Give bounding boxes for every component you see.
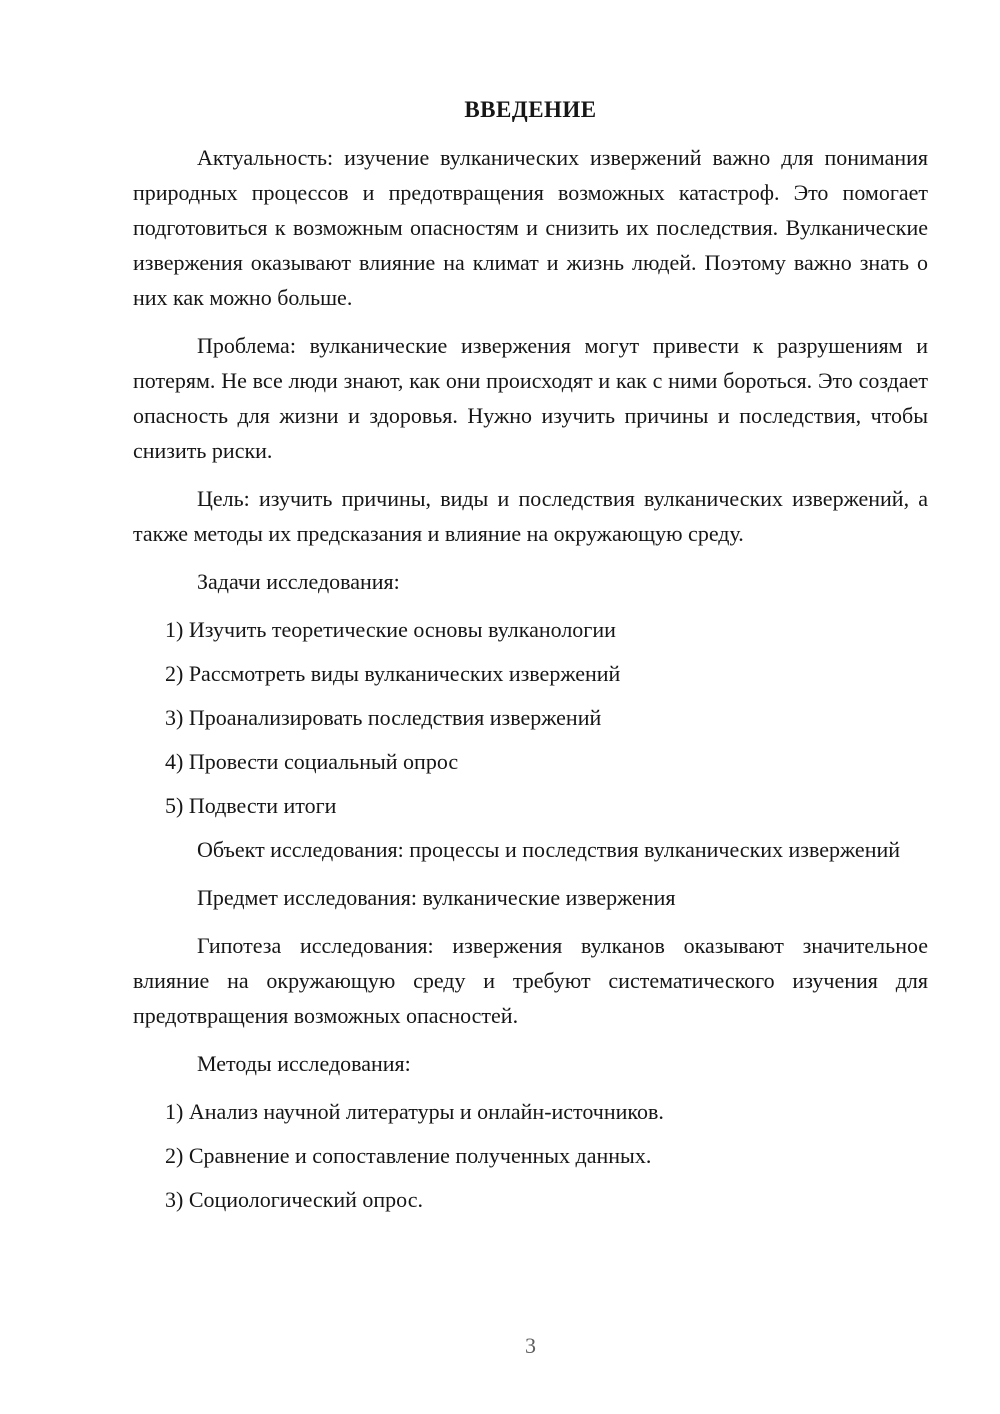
paragraph-subject: Предмет исследования: вулканические изве… bbox=[133, 880, 928, 915]
tasks-heading: Задачи исследования: bbox=[133, 564, 928, 599]
paragraph-problem: Проблема: вулканические извержения могут… bbox=[133, 328, 928, 468]
method-item-3: 3) Социологический опрос. bbox=[133, 1182, 928, 1217]
paragraph-object: Объект исследования: процессы и последст… bbox=[133, 832, 928, 867]
paragraph-goal: Цель: изучить причины, виды и последстви… bbox=[133, 481, 928, 551]
method-item-1: 1) Анализ научной литературы и онлайн-ис… bbox=[133, 1094, 928, 1129]
task-item-1: 1) Изучить теоретические основы вулканол… bbox=[133, 612, 928, 647]
page-number: 3 bbox=[133, 1328, 928, 1363]
tasks-list: 1) Изучить теоретические основы вулканол… bbox=[133, 612, 928, 823]
methods-heading: Методы исследования: bbox=[133, 1046, 928, 1081]
document-page: ВВЕДЕНИЕ Актуальность: изучение вулканич… bbox=[0, 0, 1000, 1414]
task-item-4: 4) Провести социальный опрос bbox=[133, 744, 928, 779]
method-item-2: 2) Сравнение и сопоставление полученных … bbox=[133, 1138, 928, 1173]
paragraph-actuality: Актуальность: изучение вулканических изв… bbox=[133, 140, 928, 315]
paragraph-hypothesis: Гипотеза исследования: извержения вулкан… bbox=[133, 928, 928, 1033]
task-item-2: 2) Рассмотреть виды вулканических изверж… bbox=[133, 656, 928, 691]
task-item-3: 3) Проанализировать последствия извержен… bbox=[133, 700, 928, 735]
page-title: ВВЕДЕНИЕ bbox=[133, 92, 928, 127]
methods-list: 1) Анализ научной литературы и онлайн-ис… bbox=[133, 1094, 928, 1217]
task-item-5: 5) Подвести итоги bbox=[133, 788, 928, 823]
